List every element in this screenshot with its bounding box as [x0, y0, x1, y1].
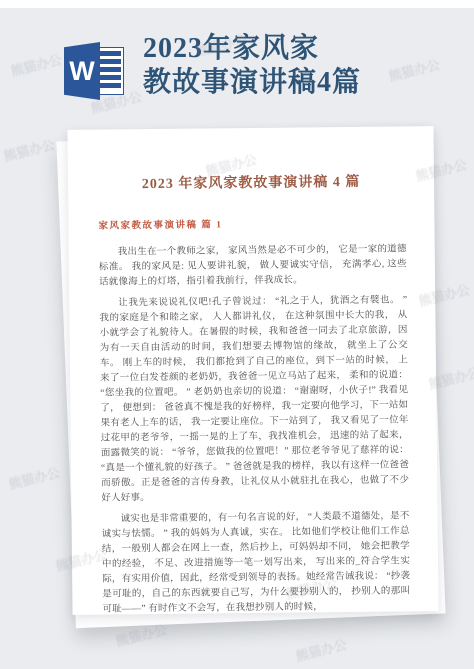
watermark: 熊猫办公: [1, 134, 56, 165]
watermark: 熊猫办公: [293, 634, 348, 665]
template-title-line2: 教故事演讲稿4篇: [143, 66, 361, 100]
template-title: 2023年家风家 教故事演讲稿4篇: [143, 32, 361, 100]
word-logo-icon: W: [64, 42, 124, 100]
document-body: 我出生在一个教师之家， 家风当然是必不可少的， 它是一家的道德标准。 我的家风是…: [99, 242, 411, 617]
paragraph-3: 诚实也是非常重要的，有一句名言说的好， “人类最不道德处，是不诚实与怯懦。 ” …: [101, 509, 410, 617]
word-w-glyph: W: [64, 42, 100, 100]
watermark: 熊猫办公: [6, 462, 61, 493]
paragraph-2: 让我先来说说礼仪吧!孔子曾说过： “礼之于人，犹酒之有襞也。 ” 我的家庭是个和…: [99, 293, 409, 506]
template-preview-page: { "header": { "icon_letter": "W", "title…: [0, 0, 474, 669]
template-title-line1: 2023年家风家: [143, 32, 361, 66]
document-page-preview: 2023 年家风家教故事演讲稿 4 篇 家风家教故事演讲稿 篇 1 我出生在一个…: [67, 126, 438, 615]
paragraph-1: 我出生在一个教师之家， 家风当然是必不可少的， 它是一家的道德标准。 我的家风是…: [99, 242, 407, 290]
preview-header: W 2023年家风家 教故事演讲稿4篇: [0, 8, 474, 123]
top-white-strip: [0, 0, 474, 8]
document-title: 2023 年家风家教故事演讲稿 4 篇: [68, 170, 434, 194]
document-subtitle: 家风家教故事演讲稿 篇 1: [98, 214, 434, 232]
